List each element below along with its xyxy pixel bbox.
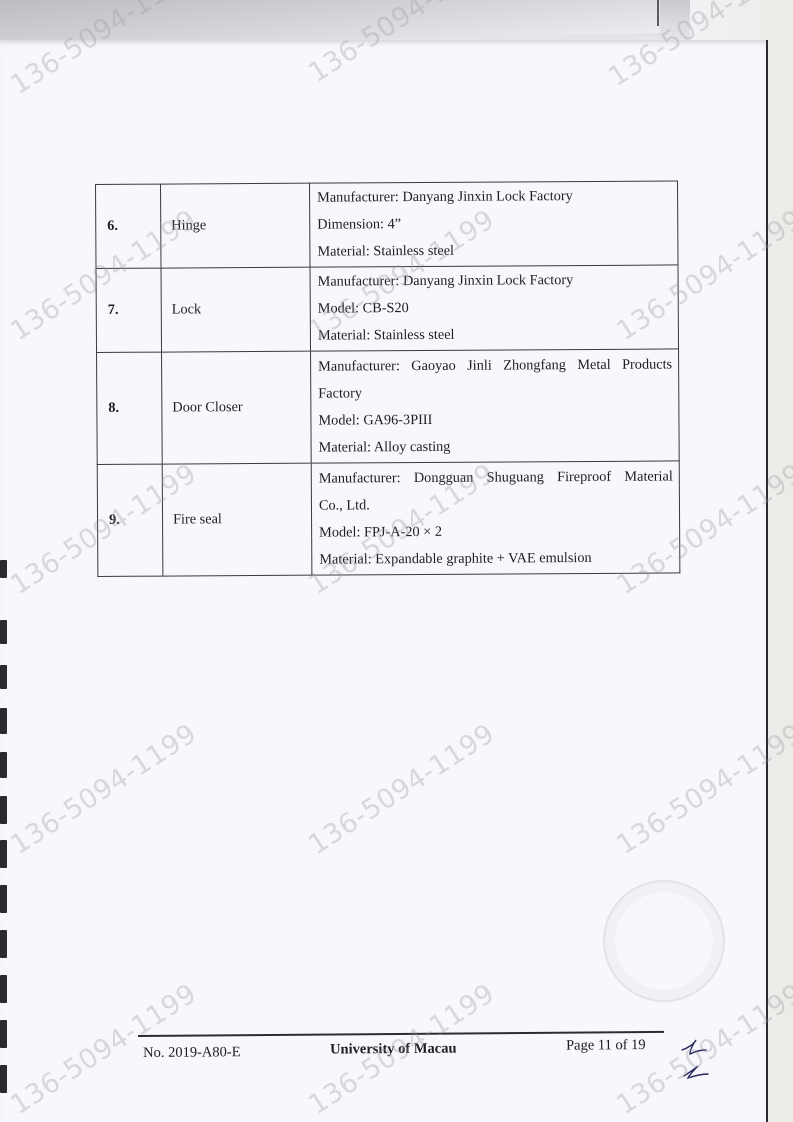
detail-line: Material: Stainless steel <box>317 236 671 265</box>
detail-line: Model: CB-S20 <box>318 293 672 322</box>
binding-mark <box>0 796 7 824</box>
page-number: Page 11 of 19 <box>566 1037 646 1055</box>
component-name: Fire seal <box>162 463 312 576</box>
component-spec-table: 6. Hinge Manufacturer: Danyang Jinxin Lo… <box>95 180 680 577</box>
table-row: 6. Hinge Manufacturer: Danyang Jinxin Lo… <box>96 181 679 269</box>
detail-line: Model: FPJ-A-20 × 2 <box>319 517 673 546</box>
binding-mark <box>0 752 7 778</box>
table-row: 8. Door Closer Manufacturer: Gaoyao Jinl… <box>97 349 680 465</box>
binding-mark <box>0 620 7 644</box>
detail-line: Manufacturer: Gaoyao Jinli Zhongfang Met… <box>318 351 672 380</box>
table-row: 9. Fire seal Manufacturer: Dongguan Shug… <box>97 461 680 577</box>
component-details: Manufacturer: Gaoyao Jinli Zhongfang Met… <box>311 349 680 463</box>
detail-line: Material: Stainless steel <box>318 320 672 349</box>
row-number: 6. <box>96 184 162 268</box>
detail-line: Model: GA96-3PIII <box>318 405 672 434</box>
detail-line: Factory <box>318 378 672 407</box>
detail-line: Material: Alloy casting <box>319 432 673 461</box>
embossed-seal <box>603 880 725 1002</box>
detail-line: Manufacturer: Dongguan Shuguang Fireproo… <box>319 463 673 492</box>
detail-line: Manufacturer: Danyang Jinxin Lock Factor… <box>318 266 672 295</box>
component-details: Manufacturer: Danyang Jinxin Lock Factor… <box>310 265 679 351</box>
component-details: Manufacturer: Danyang Jinxin Lock Factor… <box>309 181 678 267</box>
component-name: Hinge <box>161 183 311 268</box>
binding-mark <box>0 708 7 734</box>
detail-line: Manufacturer: Danyang Jinxin Lock Factor… <box>317 182 671 211</box>
row-number: 8. <box>97 352 163 464</box>
binding-mark <box>0 1020 7 1048</box>
row-number: 9. <box>97 464 163 576</box>
detail-line: Material: Expandable graphite + VAE emul… <box>319 544 673 573</box>
binding-mark <box>0 560 7 578</box>
binding-mark <box>0 930 7 958</box>
component-name: Lock <box>161 267 311 352</box>
table-row: 7. Lock Manufacturer: Danyang Jinxin Loc… <box>96 265 679 353</box>
binding-mark <box>0 840 7 868</box>
page-footer: No. 2019-A80-E University of Macau Page … <box>143 1039 673 1065</box>
binding-mark <box>0 885 7 913</box>
handwritten-initials-icon <box>676 1038 716 1088</box>
component-name: Door Closer <box>162 351 312 464</box>
detail-line: Co., Ltd. <box>319 490 673 519</box>
binding-mark <box>0 1065 7 1093</box>
binding-mark <box>0 665 7 689</box>
component-details: Manufacturer: Dongguan Shuguang Fireproo… <box>311 461 680 575</box>
organization-name: University of Macau <box>330 1041 457 1059</box>
report-number: No. 2019-A80-E <box>143 1044 241 1062</box>
row-number: 7. <box>96 268 162 352</box>
detail-line: Dimension: 4” <box>317 209 671 238</box>
binding-mark <box>0 975 7 1003</box>
underlying-sheet-edge <box>657 0 659 26</box>
